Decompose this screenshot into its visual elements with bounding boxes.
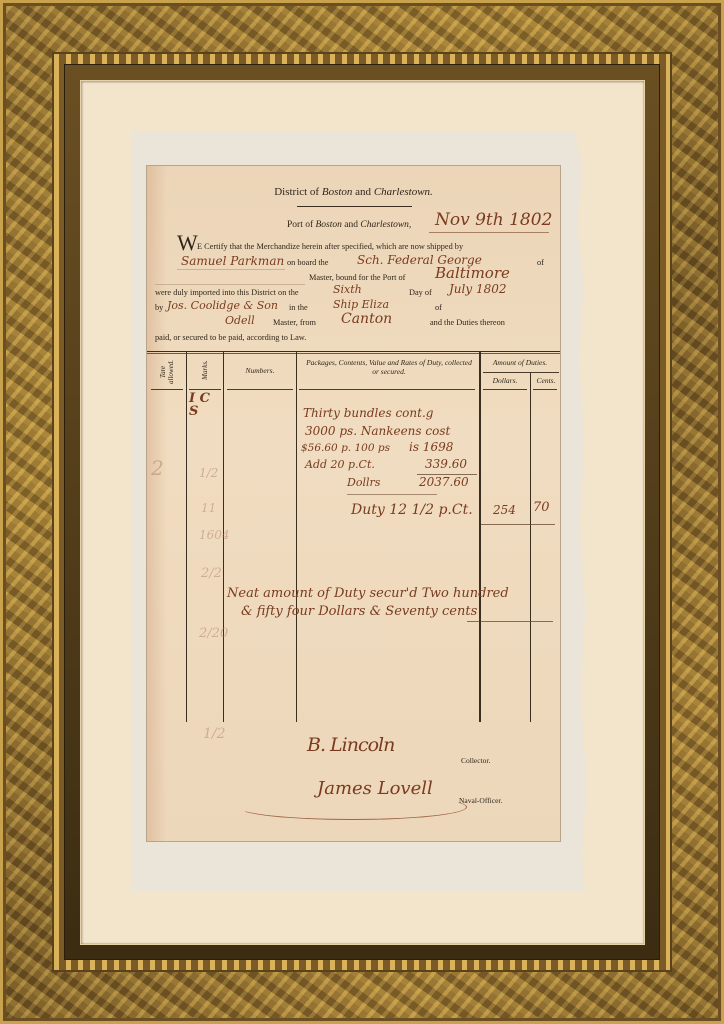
amount-header-rule xyxy=(483,372,559,373)
day-of-label: Day of xyxy=(409,288,432,297)
header-tare: Tare allowed. xyxy=(159,354,175,390)
header-marks: Marks. xyxy=(201,350,209,390)
importer-name: Jos. Coolidge & Son xyxy=(167,299,278,312)
imported-label: were duly imported into this District on… xyxy=(155,288,299,297)
of-label-2: of xyxy=(435,303,442,312)
entry-line-3: $56.60 p. 100 ps xyxy=(301,442,390,454)
header-rule xyxy=(533,389,557,390)
date-underline xyxy=(429,232,549,233)
header-amount: Amount of Duties. xyxy=(481,358,559,367)
import-ship: Ship Eliza xyxy=(333,298,389,311)
faint-margin-note: 2/20 xyxy=(199,626,228,641)
total-rule xyxy=(481,524,555,525)
net-amount-line-1: Neat amount of Duty secur'd Two hundred xyxy=(227,586,509,601)
district-heading: District of Boston and Charlestown. xyxy=(147,186,560,198)
faint-margin-note: 2/2 xyxy=(201,566,222,581)
drop-cap-w: W xyxy=(177,230,198,256)
import-day: Sixth xyxy=(333,283,362,296)
header-cents: Cents. xyxy=(531,376,561,385)
header-rule xyxy=(227,389,293,390)
duty-dollars: 254 xyxy=(493,503,516,517)
heading-rule xyxy=(297,206,412,207)
entry-amount-4: 339.60 xyxy=(425,457,467,471)
blank-rule xyxy=(155,284,305,285)
duty-cents: 70 xyxy=(533,500,550,515)
net-amount-rule xyxy=(467,621,553,622)
header-rule xyxy=(299,389,475,390)
faint-margin-note: 1/2 xyxy=(199,466,218,480)
by-label: by xyxy=(155,303,163,312)
header-numbers: Numbers. xyxy=(227,366,293,375)
entry-line-2: 3000 ps. Nankeens cost xyxy=(305,424,450,438)
certify-line: E Certify that the Merchandize herein af… xyxy=(197,242,463,251)
column-divider xyxy=(186,352,187,722)
header-rule xyxy=(483,389,527,390)
signature-flourish xyxy=(237,794,467,820)
import-date: July 1802 xyxy=(449,282,507,296)
collector-signature: B. Lincoln xyxy=(307,734,394,756)
faint-margin-note: 2 xyxy=(151,456,164,480)
entry-line-6: Duty 12 1/2 p.Ct. xyxy=(351,502,473,518)
header-dollars: Dollars. xyxy=(481,376,529,385)
of-label: of xyxy=(537,258,544,267)
header-packages: Packages, Contents, Value and Rates of D… xyxy=(303,358,475,376)
column-divider xyxy=(479,352,481,722)
column-divider xyxy=(296,352,297,722)
column-divider xyxy=(530,373,531,722)
sum-rule xyxy=(347,494,437,495)
naval-officer-label: Naval-Officer. xyxy=(459,796,502,805)
entry-line-1: Thirty bundles cont.g xyxy=(303,406,433,420)
blank-rule xyxy=(177,269,285,270)
master-from-label: Master, from xyxy=(273,318,316,327)
customs-certificate: District of Boston and Charlestown. Port… xyxy=(146,165,561,842)
faint-margin-note: 11 xyxy=(201,501,216,515)
entry-line-5: Dollrs xyxy=(347,476,380,489)
in-the-label: in the xyxy=(289,303,308,312)
port-line: Port of Boston and Charlestown, xyxy=(287,220,411,230)
marks-value: I C S xyxy=(189,392,219,418)
entry-amount-5: 2037.60 xyxy=(419,475,469,489)
import-master: Odell xyxy=(225,314,255,327)
duties-thereon-label: and the Duties thereon xyxy=(430,318,505,327)
faint-margin-note: 1/2 xyxy=(203,726,226,742)
origin-port: Canton xyxy=(341,311,392,327)
entry-line-4: Add 20 p.Ct. xyxy=(305,458,375,471)
collector-label: Collector. xyxy=(461,756,490,765)
entry-amount-3: is 1698 xyxy=(409,440,453,454)
net-amount-line-2: & fifty four Dollars & Seventy cents xyxy=(241,604,477,619)
on-board-label: on board the xyxy=(287,258,328,267)
shipper-name: Samuel Parkman xyxy=(181,254,284,268)
faint-margin-note: 1604 xyxy=(199,528,230,542)
paid-label: paid, or secured to be paid, according t… xyxy=(155,333,306,342)
destination-port: Baltimore xyxy=(435,264,510,282)
master-bound-label: Master, bound for the Port of xyxy=(309,273,405,282)
handwritten-date: Nov 9th 1802 xyxy=(435,210,552,230)
